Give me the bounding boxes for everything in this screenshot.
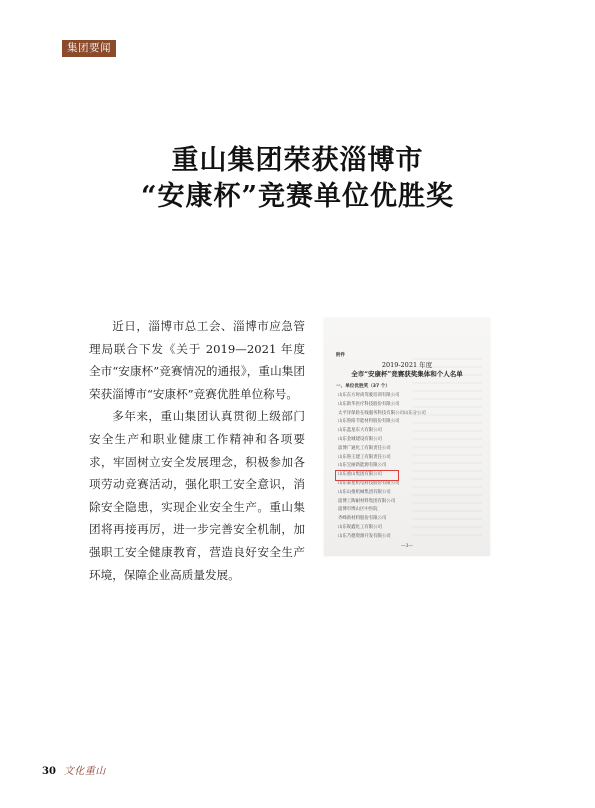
headline-line-2: “安康杯”竞赛单位优胜奖 <box>0 179 595 215</box>
article-body: 近日，淄博市总工会、淄博市应急管理局联合下发《关于 2019—2021 年度全市… <box>89 315 305 586</box>
doc-list-item: 山东新华医疗科技股份有限公司 <box>336 401 428 410</box>
magazine-logo: 文化重山 <box>64 762 106 777</box>
doc-list-item: 山东锐鑫化工有限公司 <box>336 524 428 533</box>
doc-award-list: 山东东方时尚驾驶培训有限公司 山东新华医疗科技股份有限公司 太平洋保险在线服务科… <box>336 392 428 542</box>
doc-list-item: 淄博工陶耐材料集团有限公司 <box>336 498 428 507</box>
doc-list-item: 山东鲁王建工有限责任公司 <box>336 454 428 463</box>
section-tag: 集团要闻 <box>62 40 116 57</box>
doc-list-item: 淄博广通化工有限责任公司 <box>336 445 428 454</box>
doc-page-number: —3— <box>324 544 490 549</box>
doc-list-item: 山东宝丽新能源有限公司 <box>336 462 428 471</box>
doc-annex-label: 附件 <box>336 352 345 358</box>
doc-list-item: 山东金城建设有限公司 <box>336 436 428 445</box>
page-footer: 30 文化重山 <box>42 762 106 777</box>
doc-list-item: 齐峰新材料股份有限公司 <box>336 515 428 524</box>
doc-list-item: 山东东方时尚驾驶培训有限公司 <box>336 392 428 401</box>
doc-list-item: 山东鲁阳节能材料股份有限公司 <box>336 418 428 427</box>
doc-list-item: 山东泰星机电科技股份有限公司 <box>336 480 428 489</box>
page-number: 30 <box>42 766 56 777</box>
body-paragraph: 多年来，重山集团认真贯彻上级部门安全生产和职业健康工作精神和各项要求，牢固树立安… <box>89 405 305 586</box>
doc-list-item: 山东蓝星东大有限公司 <box>336 427 428 436</box>
doc-list-item: 太平洋保险在线服务科技有限公司山东分公司 <box>336 410 428 419</box>
doc-list-item: 淄博市博山区中医院 <box>336 506 428 515</box>
doc-title-year: 2019-2021 年度 <box>324 360 490 369</box>
body-paragraph: 近日，淄博市总工会、淄博市应急管理局联合下发《关于 2019—2021 年度全市… <box>89 315 305 405</box>
doc-list-item-highlighted: 山东重山集团有限公司 <box>336 471 398 480</box>
doc-list-item: 山东山推机械集团有限公司 <box>336 489 428 498</box>
headline-line-1: 重山集团荣获淄博市 <box>0 143 595 179</box>
doc-section-heading: 一、单位优胜奖（37 个） <box>336 383 390 389</box>
doc-list-item: 山东乃德资源开发有限公司 <box>336 533 428 542</box>
award-document-photo: 附件 2019-2021 年度 全市“安康杯”竞赛获奖集体和个人名单 一、单位优… <box>324 318 490 556</box>
doc-title-main: 全市“安康杯”竞赛获奖集体和个人名单 <box>324 369 490 378</box>
article-headline: 重山集团荣获淄博市 “安康杯”竞赛单位优胜奖 <box>0 143 595 215</box>
